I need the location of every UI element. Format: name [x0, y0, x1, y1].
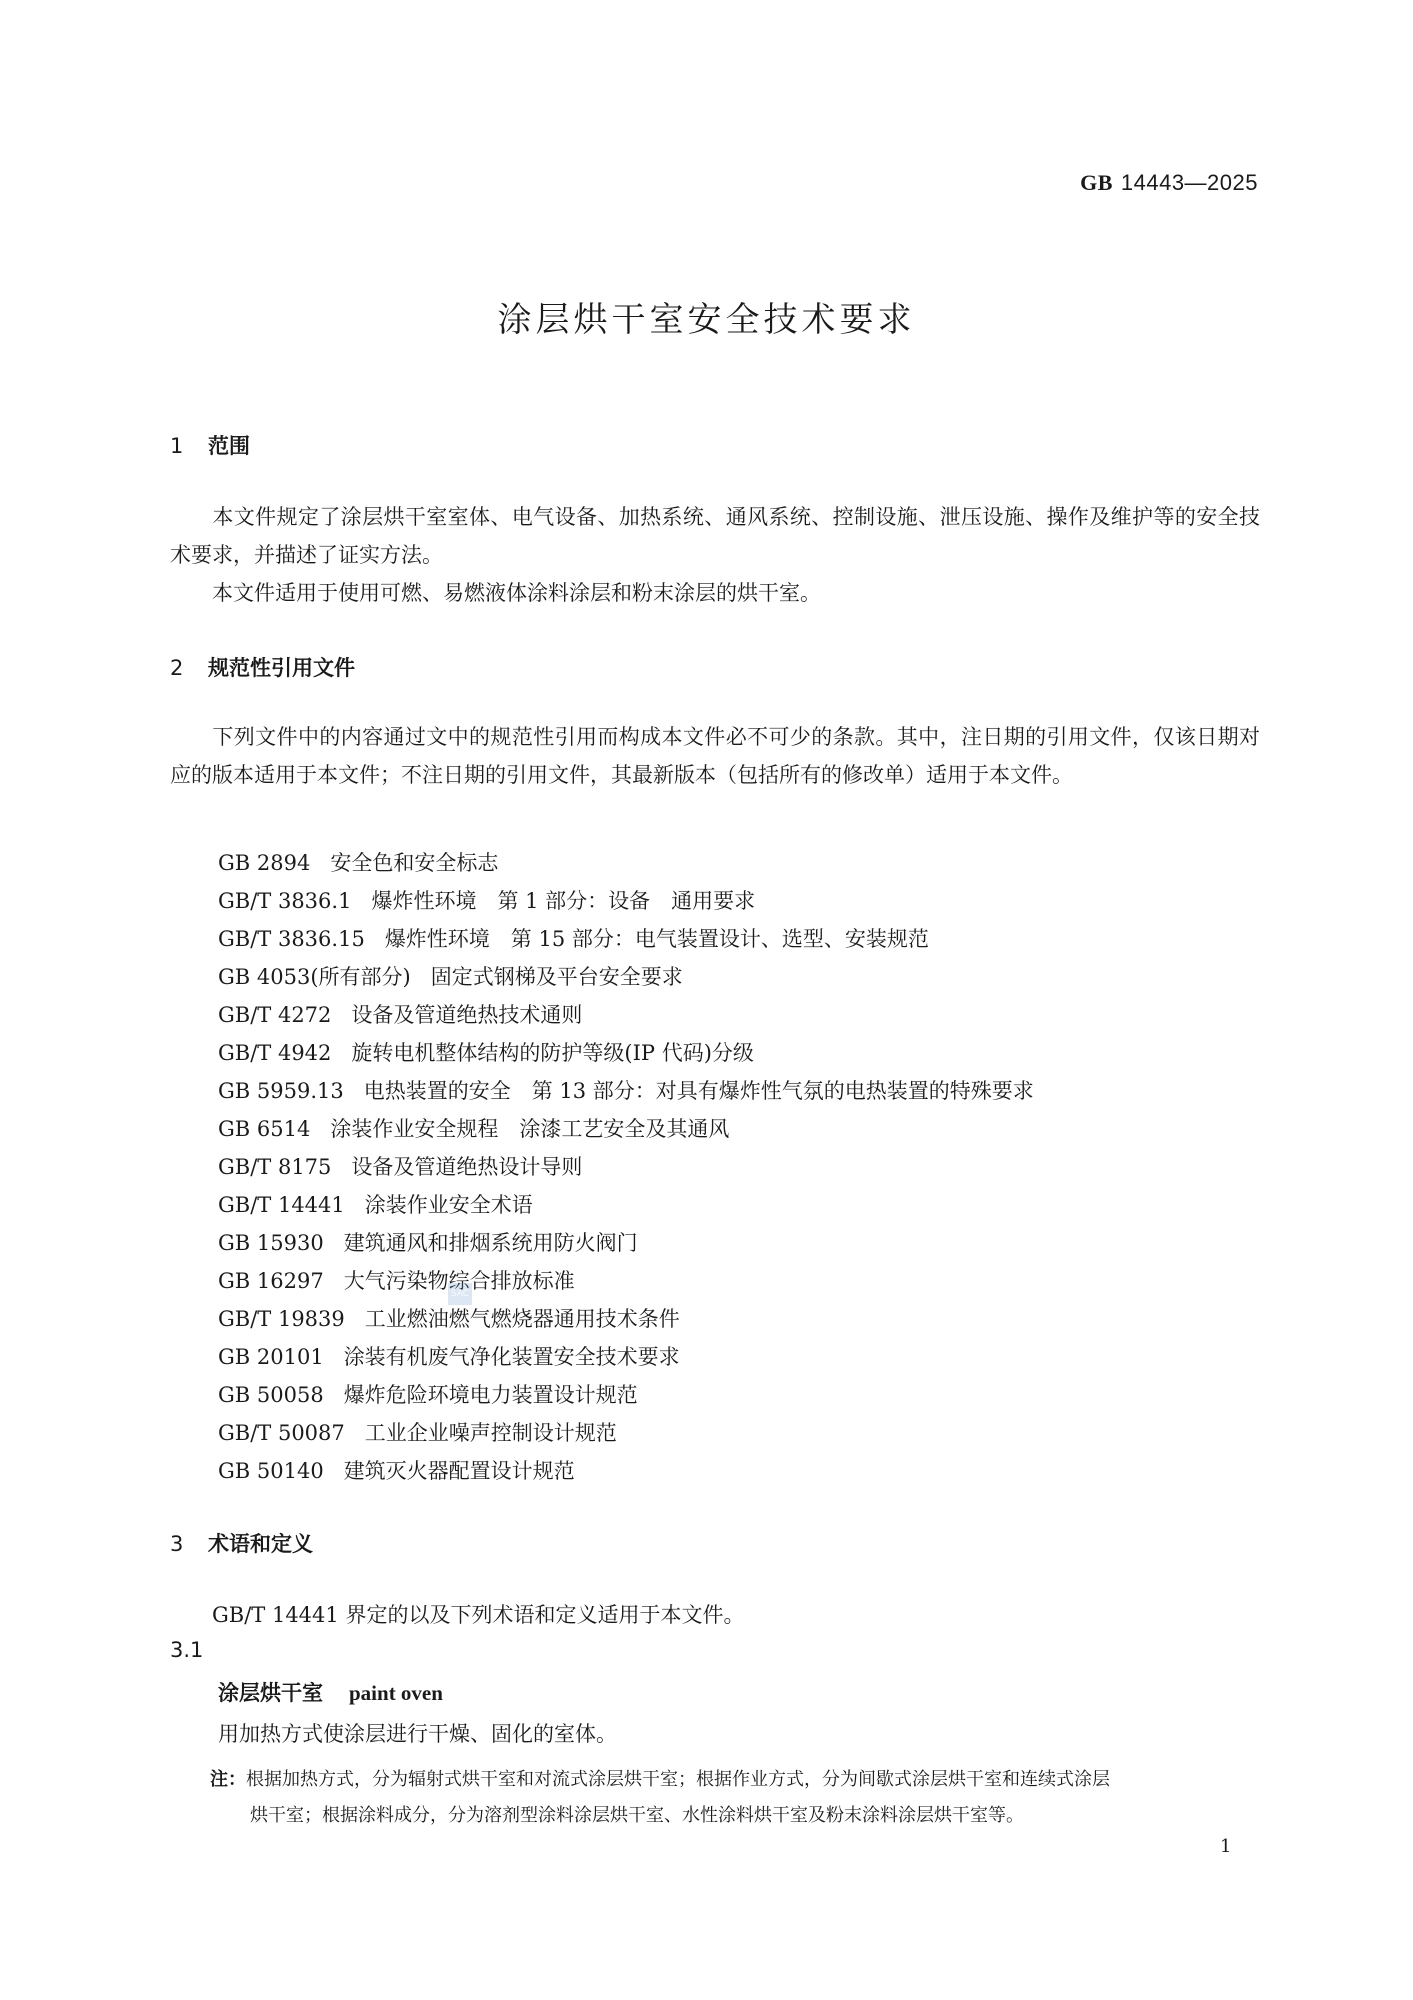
term-note: 注：根据加热方式，分为辐射式烘干室和对流式涂层烘干室；根据作业方式，分为间歇式涂…: [210, 1762, 1260, 1834]
reference-title: 工业燃油燃气燃烧器通用技术条件: [365, 1307, 680, 1331]
reference-code: GB 50058: [218, 1383, 324, 1407]
document-title: 涂层烘干室安全技术要求: [0, 292, 1413, 341]
section-2-heading: 2规范性引用文件: [170, 652, 355, 682]
section-title: 规范性引用文件: [208, 656, 355, 680]
reference-title: 安全色和安全标志: [330, 851, 498, 875]
section-number: 1: [170, 434, 208, 458]
section-1-heading: 1范围: [170, 430, 250, 460]
reference-code: GB/T 3836.15: [218, 927, 365, 951]
reference-item: GB 50140建筑灭火器配置设计规范: [218, 1452, 1034, 1490]
reference-code: GB 4053(所有部分): [218, 965, 411, 989]
reference-code: GB 2894: [218, 851, 310, 875]
term-definition: 用加热方式使涂层进行干燥、固化的室体。: [218, 1718, 617, 1748]
standard-number: GB14443—2025: [1080, 170, 1258, 196]
reference-code: GB 5959.13: [218, 1079, 344, 1103]
reference-title: 设备及管道绝热技术通则: [351, 1003, 582, 1027]
reference-item: GB/T 3836.15爆炸性环境 第 15 部分：电气装置设计、选型、安装规范: [218, 920, 1034, 958]
note-label: 注：: [210, 1769, 246, 1790]
reference-item: GB/T 14441涂装作业安全术语: [218, 1186, 1034, 1224]
reference-code: GB/T 8175: [218, 1155, 331, 1179]
reference-code: GB/T 50087: [218, 1421, 345, 1445]
reference-item: GB 2894安全色和安全标志: [218, 844, 1034, 882]
reference-item: GB 15930建筑通风和排烟系统用防火阀门: [218, 1224, 1034, 1262]
note-text-line-1: 根据加热方式，分为辐射式烘干室和对流式涂层烘干室；根据作业方式，分为间歇式涂层烘…: [246, 1769, 1110, 1790]
reference-list: GB 2894安全色和安全标志 GB/T 3836.1爆炸性环境 第 1 部分：…: [218, 844, 1034, 1490]
section-3-heading: 3术语和定义: [170, 1528, 313, 1558]
reference-code: GB 6514: [218, 1117, 310, 1141]
section-number: 2: [170, 656, 208, 680]
section-number: 3: [170, 1532, 208, 1556]
reference-title: 涂装作业安全规程 涂漆工艺安全及其通风: [330, 1117, 729, 1141]
reference-code: GB/T 19839: [218, 1307, 345, 1331]
reference-title: 爆炸危险环境电力装置设计规范: [344, 1383, 638, 1407]
standard-code: 14443—2025: [1121, 170, 1258, 195]
reference-code: GB/T 14441: [218, 1193, 345, 1217]
sac-watermark: SAC: [448, 1283, 472, 1305]
reference-title: 固定式钢梯及平台安全要求: [431, 965, 683, 989]
reference-item: GB 50058爆炸危险环境电力装置设计规范: [218, 1376, 1034, 1414]
page-number: 1: [1220, 1836, 1231, 1857]
reference-item: GB 4053(所有部分)固定式钢梯及平台安全要求: [218, 958, 1034, 996]
reference-code: GB/T 4272: [218, 1003, 331, 1027]
reference-item: GB 5959.13电热装置的安全 第 13 部分：对具有爆炸性气氛的电热装置的…: [218, 1072, 1034, 1110]
reference-item: GB/T 3836.1爆炸性环境 第 1 部分：设备 通用要求: [218, 882, 1034, 920]
reference-title: 爆炸性环境 第 15 部分：电气装置设计、选型、安装规范: [385, 927, 929, 951]
reference-code: GB 15930: [218, 1231, 324, 1255]
reference-code: GB/T 3836.1: [218, 889, 351, 913]
terms-intro: GB/T 14441 界定的以及下列术语和定义适用于本文件。: [170, 1596, 1260, 1634]
section-title: 范围: [208, 434, 250, 458]
term-chinese: 涂层烘干室: [218, 1681, 323, 1705]
reference-title: 爆炸性环境 第 1 部分：设备 通用要求: [371, 889, 755, 913]
reference-item: GB/T 4272设备及管道绝热技术通则: [218, 996, 1034, 1034]
term-english: paint oven: [349, 1681, 443, 1705]
reference-code: GB/T 4942: [218, 1041, 331, 1065]
reference-item: GB/T 50087工业企业噪声控制设计规范: [218, 1414, 1034, 1452]
scope-paragraph-2: 本文件适用于使用可燃、易燃液体涂料涂层和粉末涂层的烘干室。: [170, 574, 1260, 612]
reference-code: GB 20101: [218, 1345, 324, 1369]
reference-title: 工业企业噪声控制设计规范: [365, 1421, 617, 1445]
note-text-line-2: 烘干室；根据涂料成分，分为溶剂型涂料涂层烘干室、水性涂料烘干室及粉末涂料涂层烘干…: [210, 1798, 1260, 1834]
reference-item: GB 20101涂装有机废气净化装置安全技术要求: [218, 1338, 1034, 1376]
reference-title: 建筑通风和排烟系统用防火阀门: [344, 1231, 638, 1255]
section-title: 术语和定义: [208, 1532, 313, 1556]
reference-title: 建筑灭火器配置设计规范: [344, 1459, 575, 1483]
standard-prefix: GB: [1080, 170, 1113, 195]
reference-item: GB/T 8175设备及管道绝热设计导则: [218, 1148, 1034, 1186]
reference-title: 旋转电机整体结构的防护等级(IP 代码)分级: [351, 1041, 754, 1065]
reference-item: GB 16297大气污染物综合排放标准: [218, 1262, 1034, 1300]
reference-item: GB/T 4942旋转电机整体结构的防护等级(IP 代码)分级: [218, 1034, 1034, 1072]
reference-code: GB 50140: [218, 1459, 324, 1483]
reference-title: 电热装置的安全 第 13 部分：对具有爆炸性气氛的电热装置的特殊要求: [364, 1079, 1034, 1103]
clause-number: 3.1: [170, 1638, 203, 1662]
reference-item: GB 6514涂装作业安全规程 涂漆工艺安全及其通风: [218, 1110, 1034, 1148]
reference-title: 涂装作业安全术语: [365, 1193, 533, 1217]
normative-references-intro: 下列文件中的内容通过文中的规范性引用而构成本文件必不可少的条款。其中，注日期的引…: [170, 718, 1260, 794]
reference-item: GB/T 19839工业燃油燃气燃烧器通用技术条件: [218, 1300, 1034, 1338]
reference-title: 涂装有机废气净化装置安全技术要求: [344, 1345, 680, 1369]
scope-paragraph-1: 本文件规定了涂层烘干室室体、电气设备、加热系统、通风系统、控制设施、泄压设施、操…: [170, 498, 1260, 574]
reference-code: GB 16297: [218, 1269, 324, 1293]
reference-title: 设备及管道绝热设计导则: [351, 1155, 582, 1179]
term-entry: 涂层烘干室paint oven: [218, 1677, 443, 1707]
